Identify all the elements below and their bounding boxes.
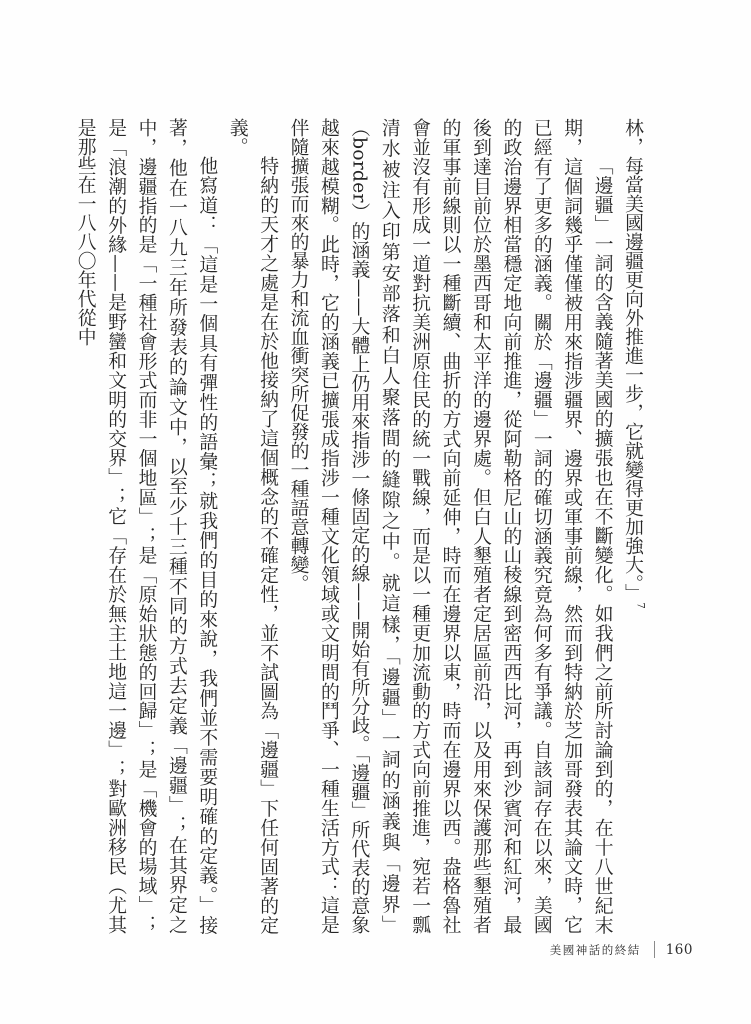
footer-divider: [654, 941, 655, 958]
paragraph: 他寫道：「這是一個具有彈性的語彙；就我們的目的來說，我們並不需要明確的定義。」接…: [69, 118, 221, 934]
page-footer: 美國神話的終結 160: [550, 941, 693, 958]
running-title: 美國神話的終結: [550, 942, 641, 958]
page-number: 160: [666, 942, 693, 958]
paragraph: 林，每當美國邊疆更向外推進一步，它就變得更加強大。」7: [617, 118, 647, 934]
paragraph: 「邊疆」一詞的含義隨著美國的擴張也在不斷變化。如我們之前所討論到的，在十八世紀末…: [282, 118, 616, 934]
paragraph-text: 他寫道：「這是一個具有彈性的語彙；就我們的目的來說，我們並不需要明確的定義。」接…: [75, 118, 218, 934]
footnote-ref: 7: [634, 602, 645, 608]
paragraph-text: 「邊疆」一詞的含義隨著美國的擴張也在不斷變化。如我們之前所討論到的，在十八世紀末…: [288, 118, 613, 934]
book-page: 林，每當美國邊疆更向外推進一步，它就變得更加強大。」7 「邊疆」一詞的含義隨著美…: [0, 0, 751, 1024]
paragraph: 特納的天才之處是在於他接納了這個概念的不確定性，並不試圖為「邊疆」下任何固著的定…: [221, 118, 282, 934]
paragraph-text: 林，每當美國邊疆更向外推進一步，它就變得更加強大。」: [622, 118, 643, 602]
page-text-block: 林，每當美國邊疆更向外推進一步，它就變得更加強大。」7 「邊疆」一詞的含義隨著美…: [129, 118, 647, 934]
paragraph-text: 特納的天才之處是在於他接納了這個概念的不確定性，並不試圖為「邊疆」下任何固著的定…: [227, 118, 278, 934]
